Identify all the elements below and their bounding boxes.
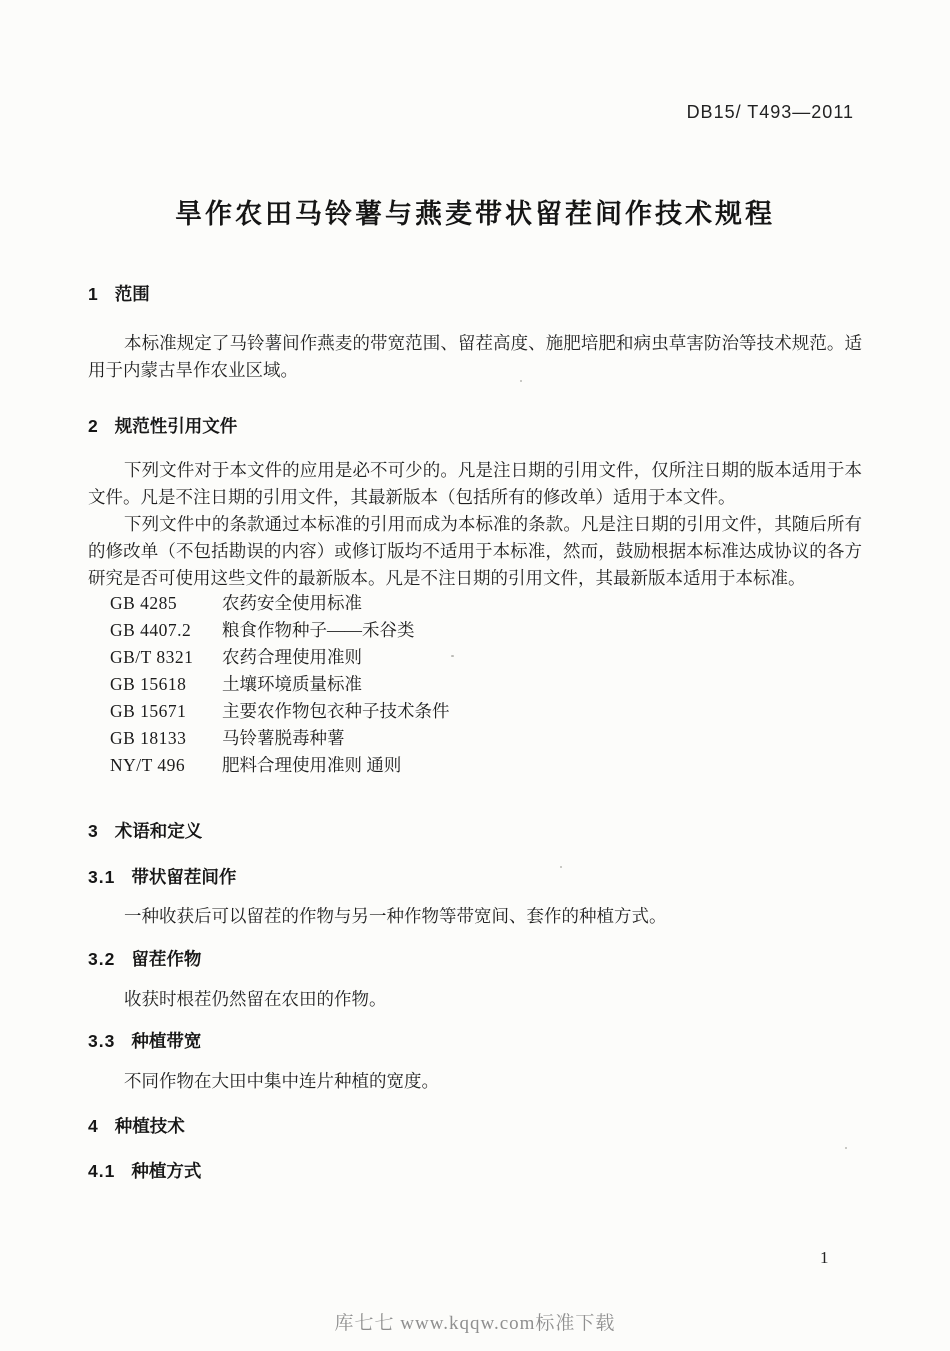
scan-noise-speck bbox=[451, 655, 454, 657]
reference-name: 主要农作物包衣种子技术条件 bbox=[222, 701, 450, 721]
reference-name: 农药合理使用准则 bbox=[222, 647, 362, 667]
subsection-number: 3.3 bbox=[88, 1031, 115, 1051]
standard-code: DB15/ T493—2011 bbox=[687, 102, 854, 123]
section-label: 术语和定义 bbox=[115, 821, 203, 841]
page-number: 1 bbox=[820, 1248, 829, 1268]
reference-item: GB/T 8321农药合理使用准则 bbox=[88, 644, 862, 671]
subsection-heading-3-1: 3.1带状留茬间作 bbox=[88, 864, 862, 889]
reference-list: GB 4285农药安全使用标准 GB 4407.2粮食作物种子——禾谷类 GB/… bbox=[88, 590, 862, 779]
paragraph-definition-3-1: 一种收获后可以留茬的作物与另一种作物等带宽间、套作的种植方式。 bbox=[88, 903, 862, 930]
reference-name: 土壤环境质量标准 bbox=[222, 674, 362, 694]
reference-item: GB 15671主要农作物包衣种子技术条件 bbox=[88, 698, 862, 725]
section-heading-1: 1范围 bbox=[88, 281, 862, 306]
section-heading-2: 2规范性引用文件 bbox=[88, 413, 862, 438]
subsection-number: 3.2 bbox=[88, 949, 115, 969]
reference-code: GB 15671 bbox=[110, 698, 222, 725]
section-label: 种植技术 bbox=[115, 1116, 185, 1136]
subsection-number: 3.1 bbox=[88, 867, 115, 887]
subsection-heading-4-1: 4.1种植方式 bbox=[88, 1158, 862, 1183]
scan-noise-speck bbox=[520, 380, 522, 382]
reference-item: GB 4285农药安全使用标准 bbox=[88, 590, 862, 617]
document-title: 旱作农田马铃薯与燕麦带状留茬间作技术规程 bbox=[0, 192, 950, 231]
subsection-label: 带状留茬间作 bbox=[131, 867, 236, 887]
reference-name: 农药安全使用标准 bbox=[222, 593, 362, 613]
scan-noise-speck bbox=[560, 866, 562, 868]
reference-code: GB/T 8321 bbox=[110, 644, 222, 671]
paragraph-definition-3-3: 不同作物在大田中集中连片种植的宽度。 bbox=[88, 1068, 862, 1095]
subsection-label: 留茬作物 bbox=[131, 949, 201, 969]
watermark-footer: 库七七 www.kqqw.com标准下载 bbox=[0, 1308, 950, 1335]
reference-code: GB 18133 bbox=[110, 725, 222, 752]
section-heading-3: 3术语和定义 bbox=[88, 818, 862, 843]
section-label: 规范性引用文件 bbox=[115, 416, 238, 436]
document-page: DB15/ T493—2011 旱作农田马铃薯与燕麦带状留茬间作技术规程 1范围… bbox=[0, 0, 950, 1351]
reference-item: GB 18133马铃薯脱毒种薯 bbox=[88, 725, 862, 752]
reference-code: GB 4407.2 bbox=[110, 617, 222, 644]
reference-name: 肥料合理使用准则 通则 bbox=[222, 755, 401, 775]
reference-name: 马铃薯脱毒种薯 bbox=[222, 728, 345, 748]
subsection-number: 4.1 bbox=[88, 1161, 115, 1181]
section-number: 1 bbox=[88, 284, 99, 304]
reference-code: GB 4285 bbox=[110, 590, 222, 617]
reference-code: GB 15618 bbox=[110, 671, 222, 698]
section-label: 范围 bbox=[115, 284, 150, 304]
reference-item: GB 4407.2粮食作物种子——禾谷类 bbox=[88, 617, 862, 644]
paragraph-normative-2: 下列文件中的条款通过本标准的引用而成为本标准的条款。凡是注日期的引用文件，其随后… bbox=[88, 511, 862, 592]
subsection-label: 种植方式 bbox=[131, 1161, 201, 1181]
section-number: 4 bbox=[88, 1116, 99, 1136]
section-number: 2 bbox=[88, 416, 99, 436]
reference-item: GB 15618土壤环境质量标准 bbox=[88, 671, 862, 698]
paragraph-definition-3-2: 收获时根茬仍然留在农田的作物。 bbox=[88, 986, 862, 1013]
reference-item: NY/T 496肥料合理使用准则 通则 bbox=[88, 752, 862, 779]
paragraph-scope: 本标准规定了马铃薯间作燕麦的带宽范围、留茬高度、施肥培肥和病虫草害防治等技术规范… bbox=[88, 330, 862, 384]
reference-code: NY/T 496 bbox=[110, 752, 222, 779]
paragraph-normative-1: 下列文件对于本文件的应用是必不可少的。凡是注日期的引用文件，仅所注日期的版本适用… bbox=[88, 457, 862, 511]
scan-noise-speck bbox=[845, 1147, 847, 1149]
subsection-heading-3-3: 3.3种植带宽 bbox=[88, 1028, 862, 1053]
reference-name: 粮食作物种子——禾谷类 bbox=[222, 620, 415, 640]
subsection-label: 种植带宽 bbox=[131, 1031, 201, 1051]
section-number: 3 bbox=[88, 821, 99, 841]
subsection-heading-3-2: 3.2留茬作物 bbox=[88, 946, 862, 971]
section-heading-4: 4种植技术 bbox=[88, 1113, 862, 1138]
